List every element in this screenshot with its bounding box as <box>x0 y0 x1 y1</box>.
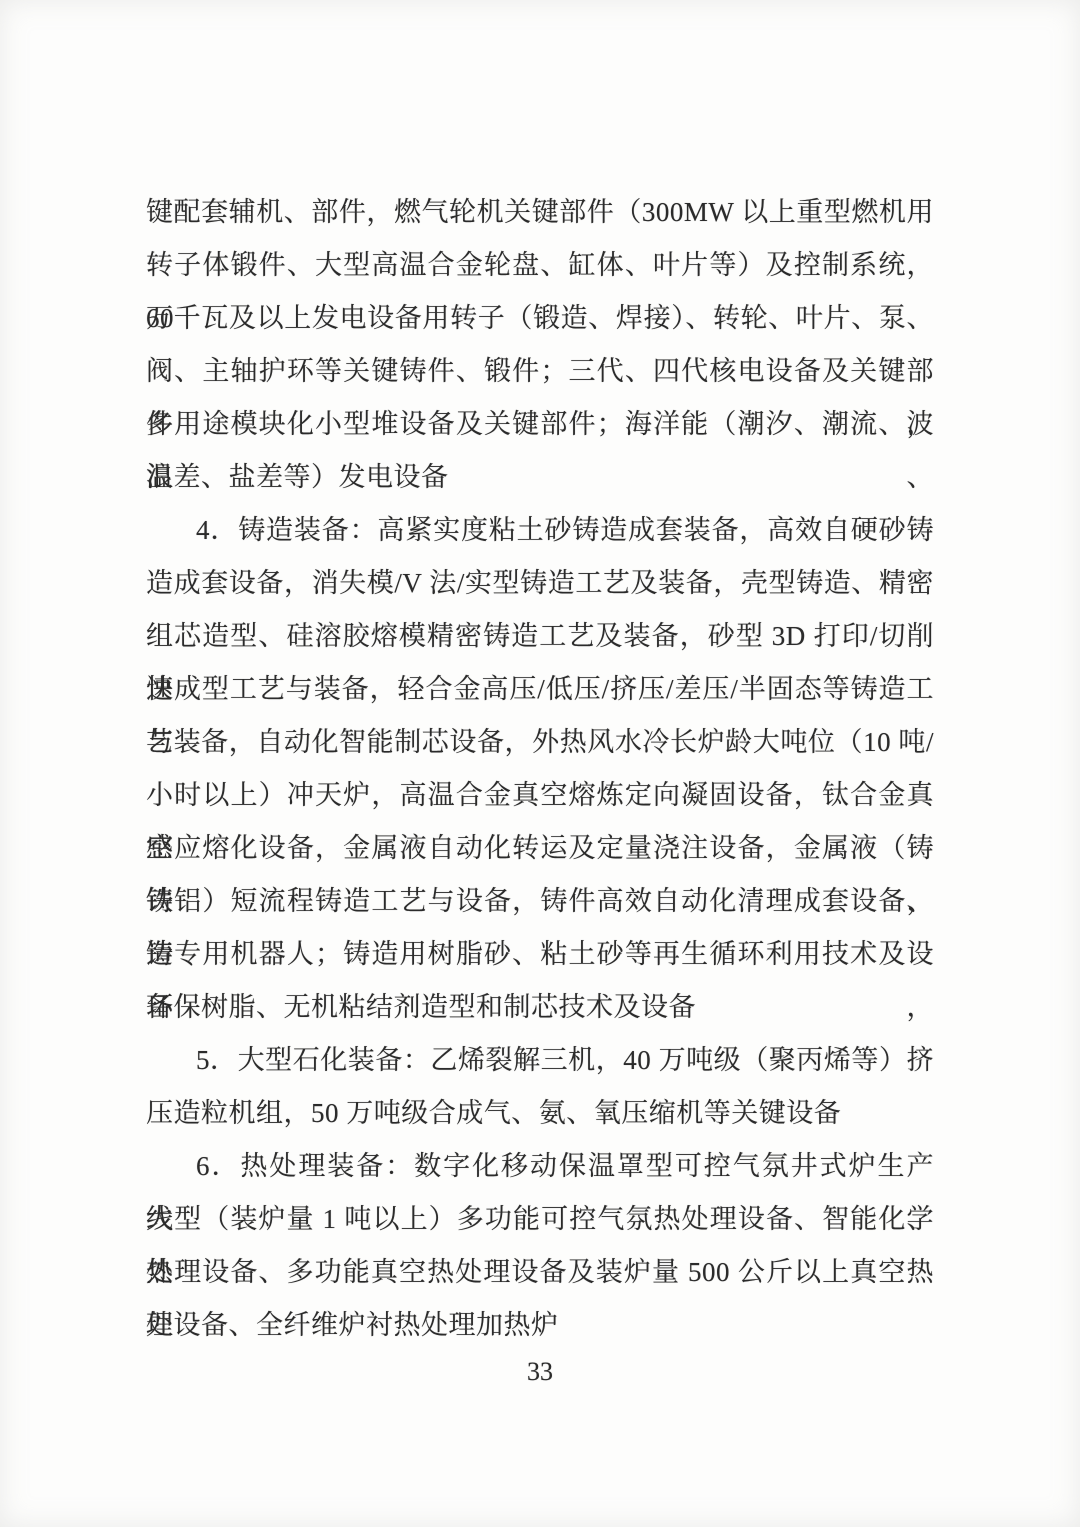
page-number: 33 <box>0 1352 1080 1392</box>
doc-line: 速成型工艺与装备，轻合金高压/低压/挤压/差压/半固态等铸造工艺 <box>146 663 934 716</box>
doc-line: 万千瓦及以上发电设备用转子（锻造、焊接）、转轮、叶片、泵、 <box>146 292 934 345</box>
doc-line: 与装备，自动化智能制芯设备，外热风水冷长炉龄大吨位（10 吨/ <box>146 716 934 769</box>
doc-line: 造成套设备，消失模/V 法/实型铸造工艺及装备，壳型铸造、精密 <box>146 557 934 610</box>
doc-line: 小时以上）冲天炉，高温合金真空熔炼定向凝固设备，钛合金真空 <box>146 769 934 822</box>
doc-line: 压造粒机组，50 万吨级合成气、氨、氧压缩机等关键设备 <box>146 1087 934 1140</box>
doc-line-item-5-start: 5．大型石化装备：乙烯裂解三机，40 万吨级（聚丙烯等）挤 <box>146 1034 934 1087</box>
doc-line: 组芯造型、硅溶胶熔模精密铸造工艺及装备，砂型 3D 打印/切削快 <box>146 610 934 663</box>
doc-line: 多用途模块化小型堆设备及关键部件；海洋能（潮汐、潮流、波浪、 <box>146 398 934 451</box>
doc-line-item-4-start: 4．铸造装备：高紧实度粘土砂铸造成套装备，高效自硬砂铸 <box>146 504 934 557</box>
doc-line: 理设备、全纤维炉衬热处理加热炉 <box>146 1299 934 1352</box>
doc-line-item-6-start: 6．热处理装备：数字化移动保温罩型可控气氛井式炉生产线、 <box>146 1140 934 1193</box>
document-body-text: 键配套辅机、部件，燃气轮机关键部件（300MW 以上重型燃机用 转子体锻件、大型… <box>146 186 934 1352</box>
document-page: 键配套辅机、部件，燃气轮机关键部件（300MW 以上重型燃机用 转子体锻件、大型… <box>0 0 1080 1527</box>
doc-line: 阀、主轴护环等关键铸件、锻件；三代、四代核电设备及关键部件， <box>146 345 934 398</box>
doc-line: 转子体锻件、大型高温合金轮盘、缸体、叶片等）及控制系统，60 <box>146 239 934 292</box>
doc-line: 键配套辅机、部件，燃气轮机关键部件（300MW 以上重型燃机用 <box>146 186 934 239</box>
doc-line: 感应熔化设备，金属液自动化转运及定量浇注设备，金属液（铸铁、 <box>146 822 934 875</box>
doc-line: 铸铝）短流程铸造工艺与设备，铸件高效自动化清理成套设备，铸 <box>146 875 934 928</box>
doc-line: 处理设备、多功能真空热处理设备及装炉量 500 公斤以上真空热处 <box>146 1246 934 1299</box>
doc-line: 大型（装炉量 1 吨以上）多功能可控气氛热处理设备、智能化学热 <box>146 1193 934 1246</box>
doc-line: 造专用机器人；铸造用树脂砂、粘土砂等再生循环利用技术及设备， <box>146 928 934 981</box>
